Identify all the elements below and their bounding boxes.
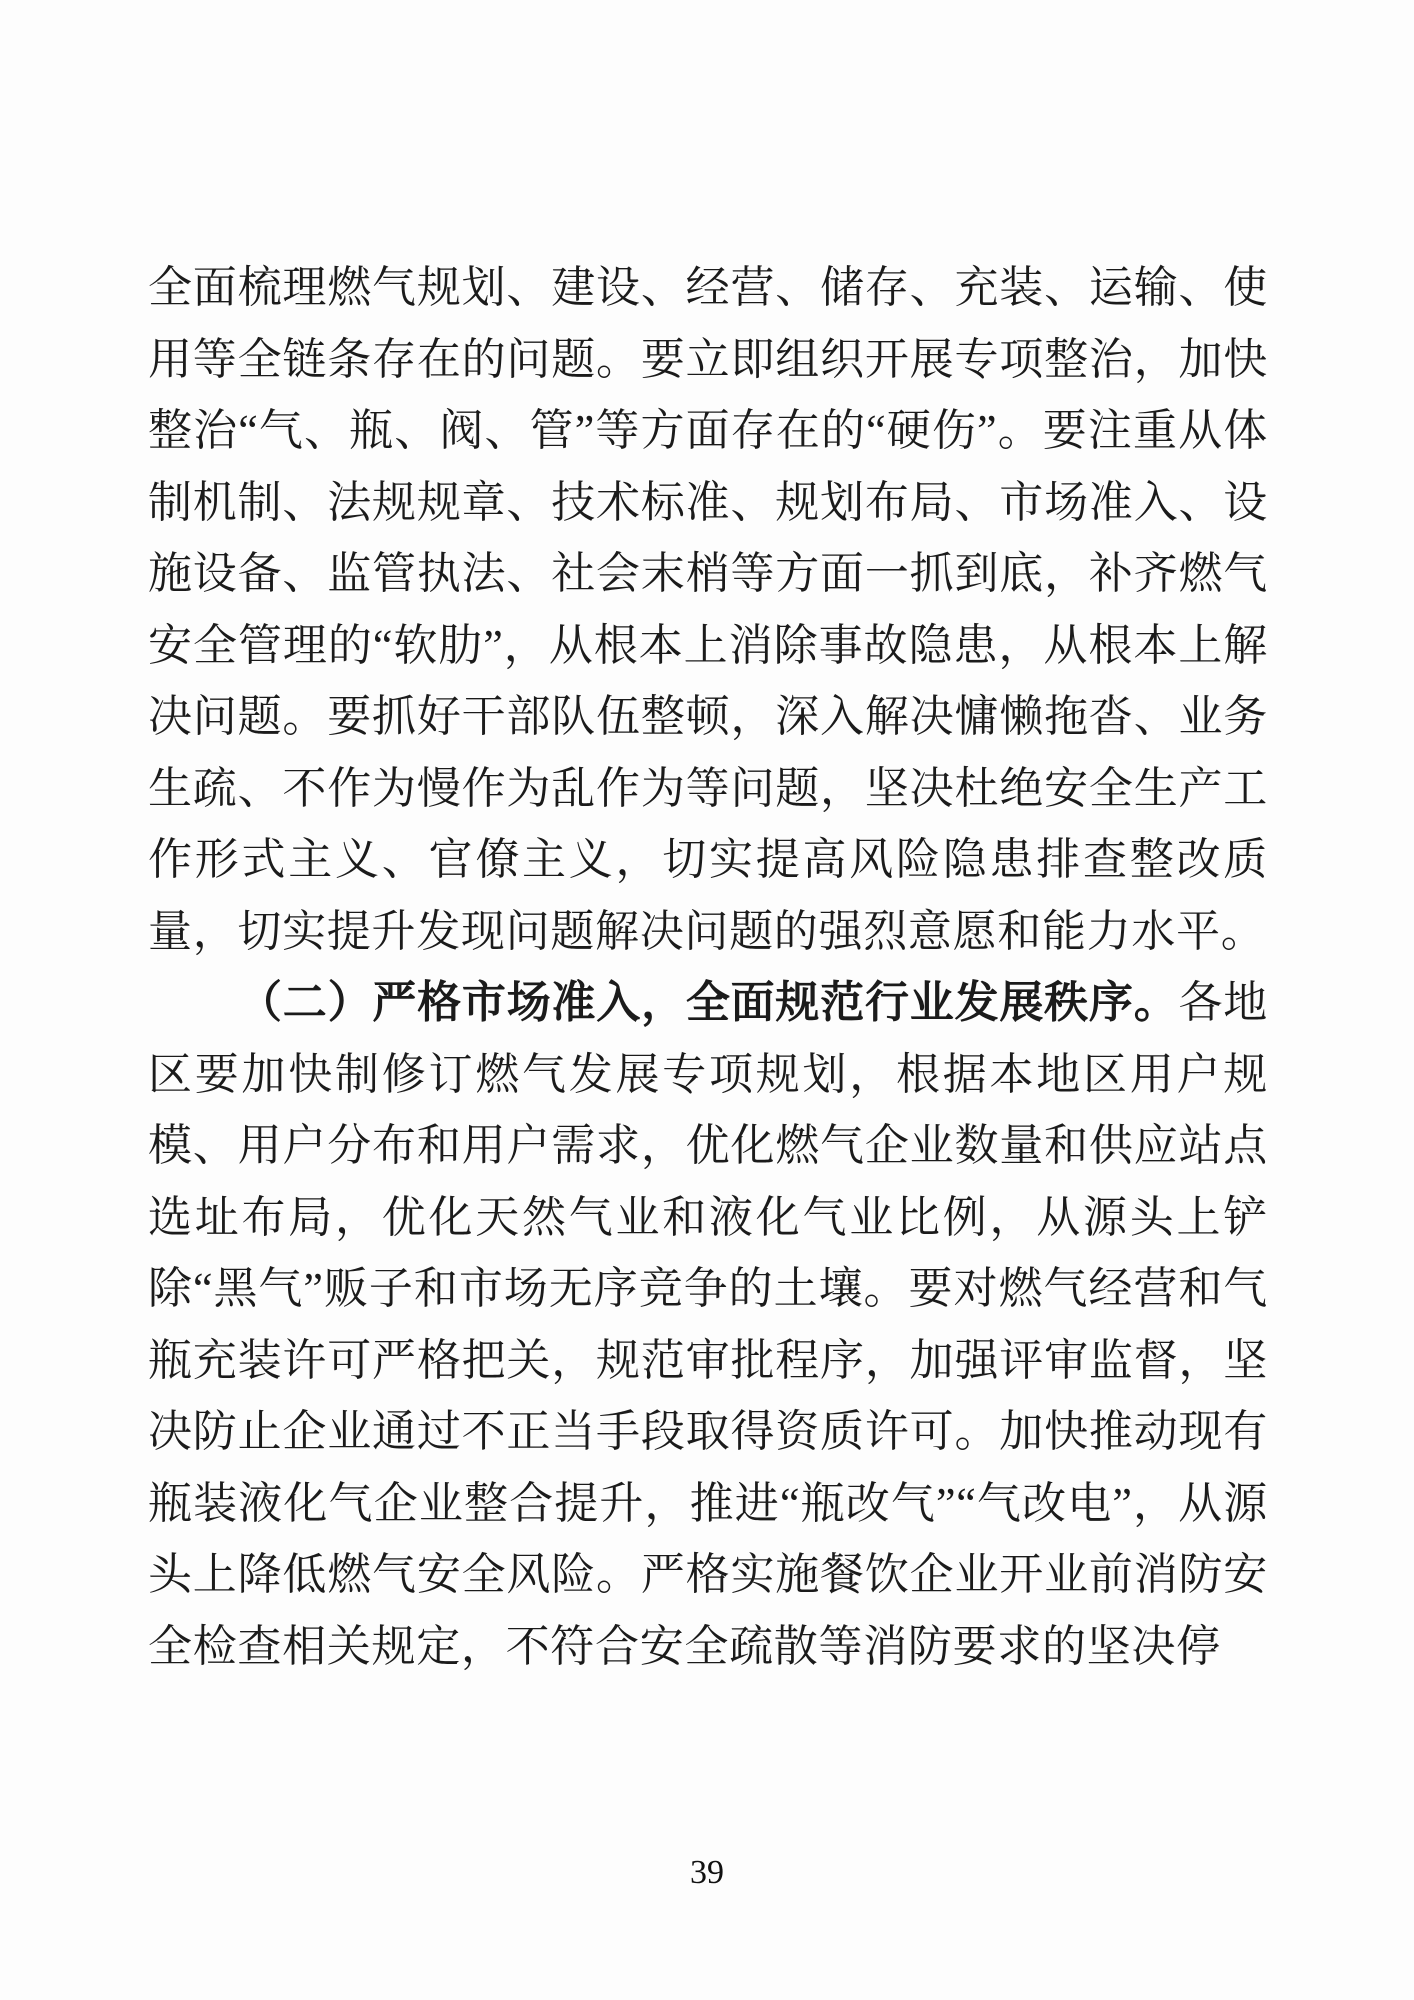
paragraph-continuation: 全面梳理燃气规划、建设、经营、储存、充装、运输、使用等全链条存在的问题。要立即组…: [148, 252, 1268, 967]
paragraph-section-2: （二）严格市场准入，全面规范行业发展秩序。各地区要加快制修订燃气发展专项规划，根…: [148, 967, 1268, 1682]
paragraph-continuation-text: 全面梳理燃气规划、建设、经营、储存、充装、运输、使用等全链条存在的问题。要立即组…: [148, 263, 1268, 956]
section-2-heading: （二）严格市场准入，全面规范行业发展秩序。: [238, 978, 1179, 1027]
text-content: 全面梳理燃气规划、建设、经营、储存、充装、运输、使用等全链条存在的问题。要立即组…: [148, 252, 1268, 1682]
section-2-body-text: 各地区要加快制修订燃气发展专项规划，根据本地区用户规模、用户分布和用户需求，优化…: [148, 978, 1268, 1671]
page-number: 39: [0, 1854, 1414, 1892]
document-page: 全面梳理燃气规划、建设、经营、储存、充装、运输、使用等全链条存在的问题。要立即组…: [0, 0, 1414, 2000]
